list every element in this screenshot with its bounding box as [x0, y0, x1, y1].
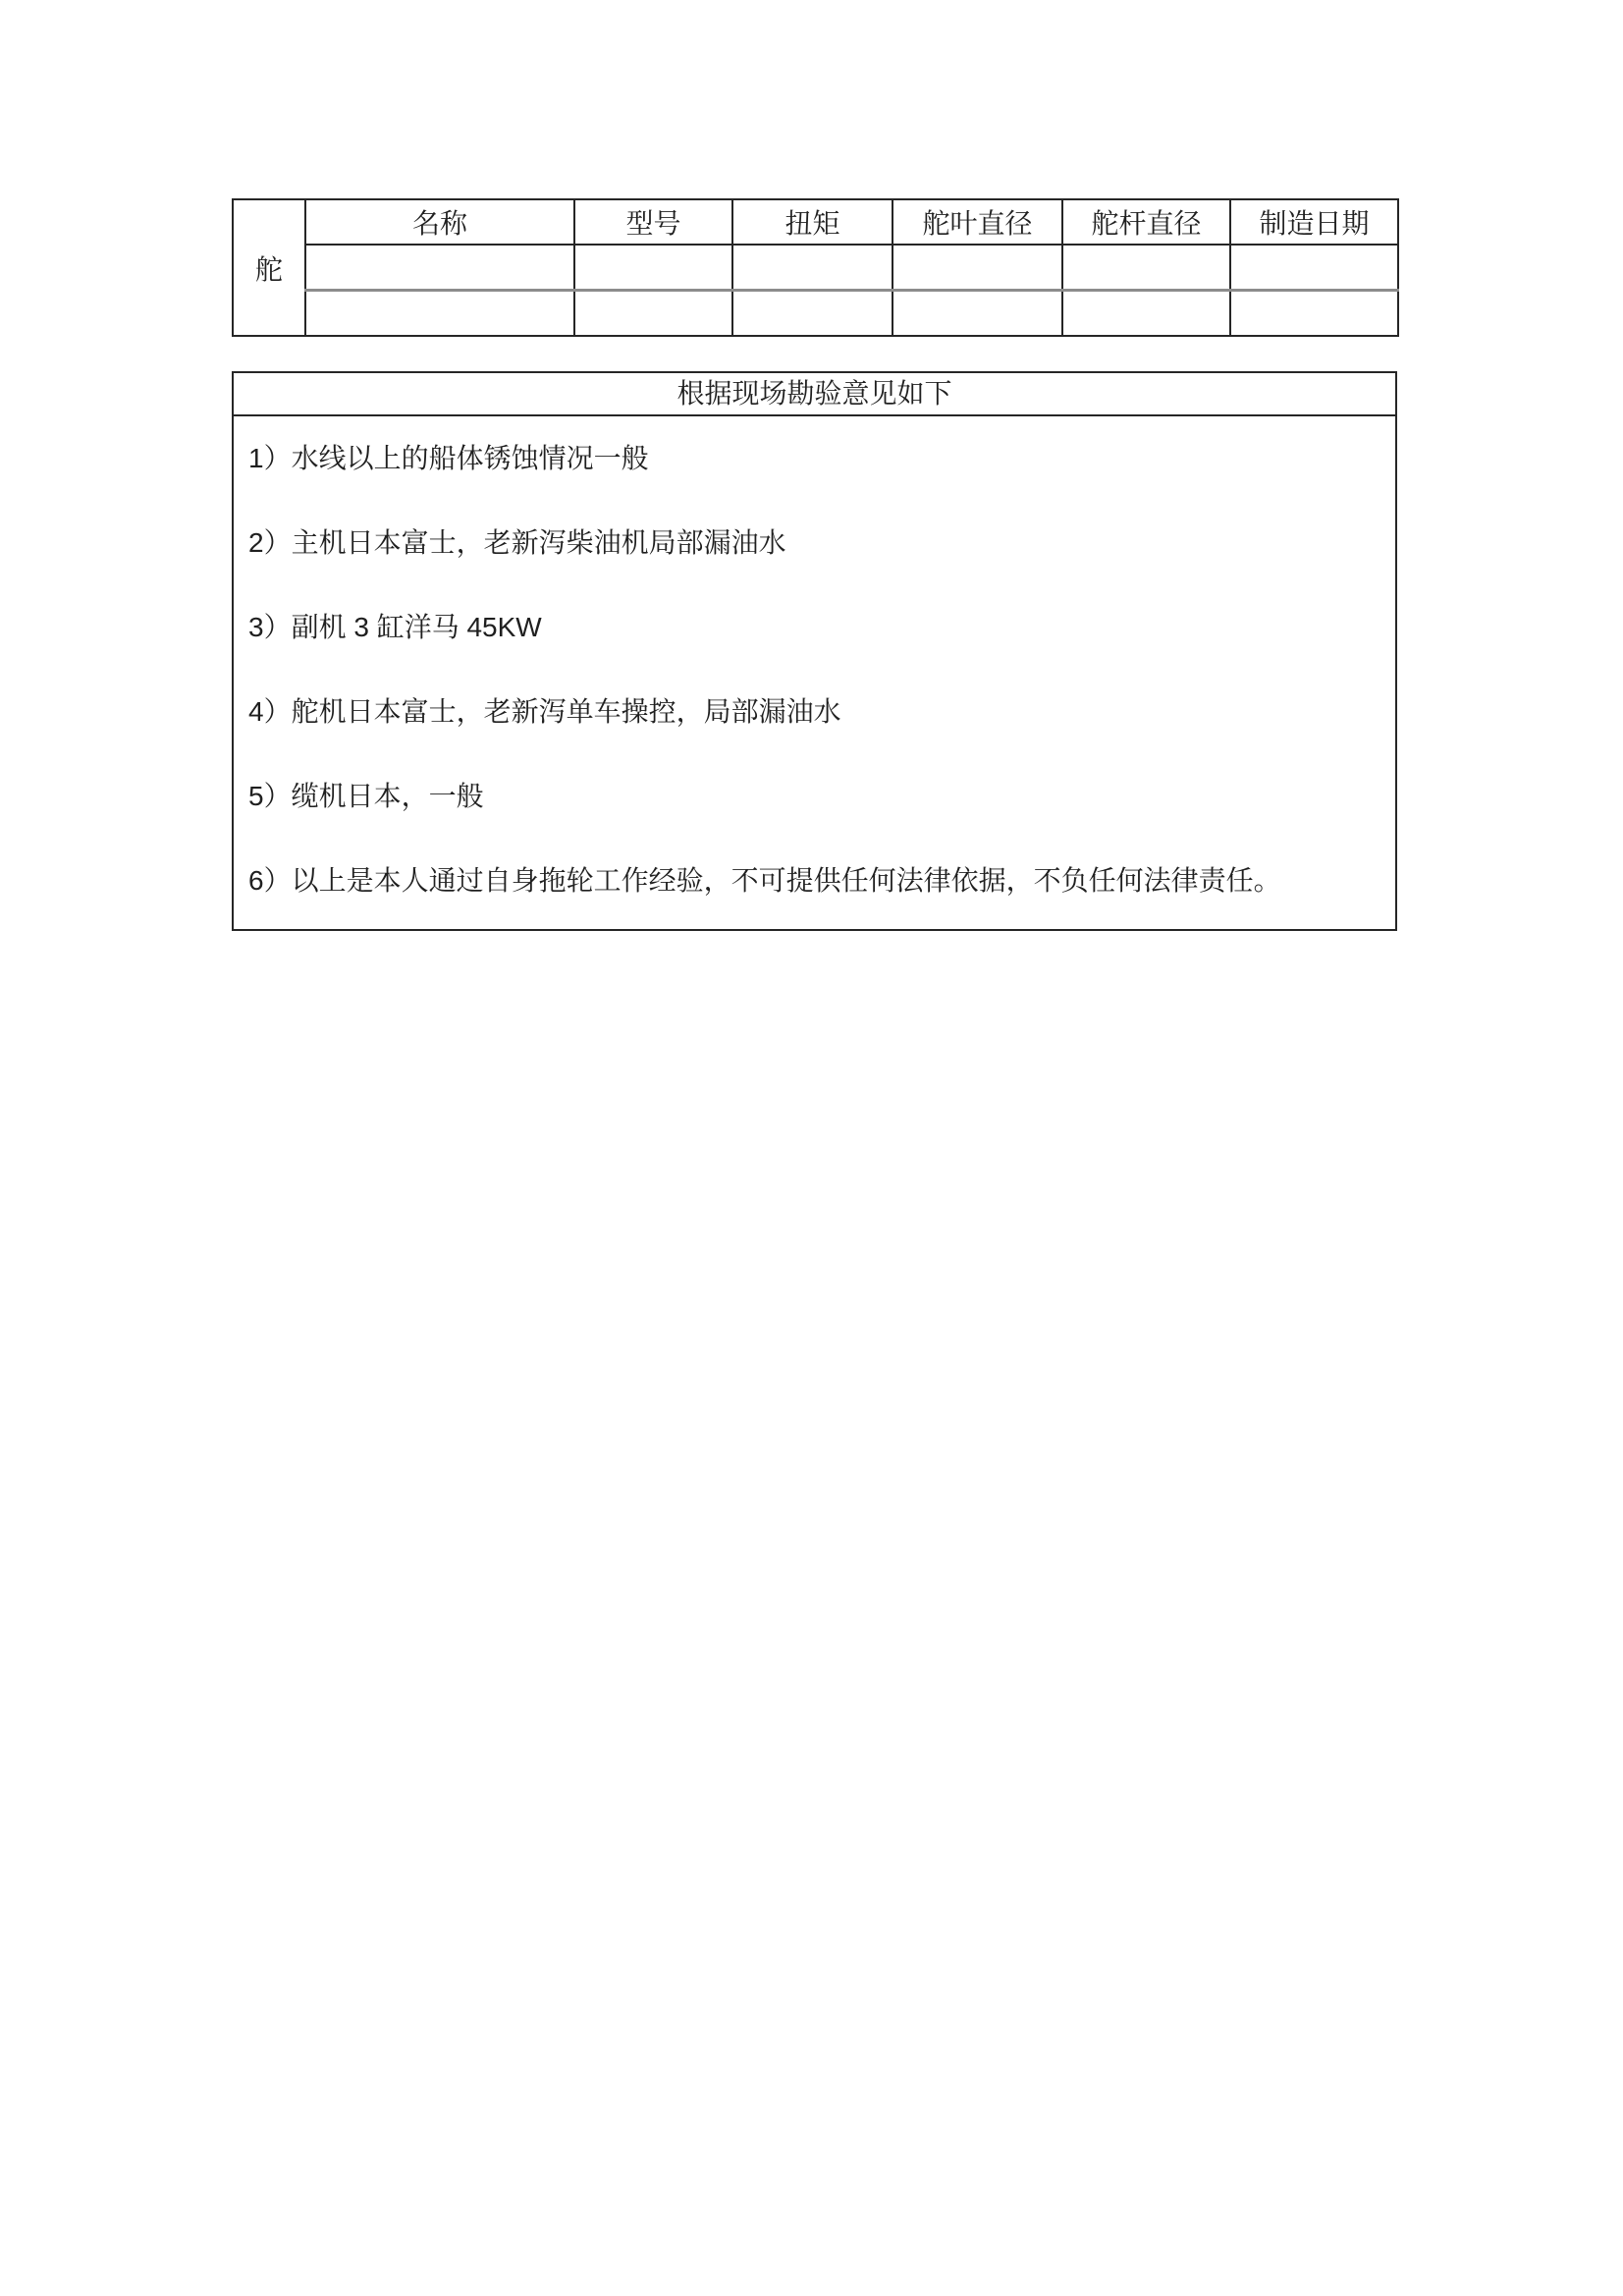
col-header-model: 型号: [574, 199, 732, 245]
survey-item-6: 6）以上是本人通过自身拖轮工作经验，不可提供任何法律依据，不负任何法律责任。: [248, 839, 1395, 923]
table-cell: [305, 245, 574, 291]
col-header-manufacture-date: 制造日期: [1230, 199, 1398, 245]
table-cell: [893, 245, 1062, 291]
col-header-blade-diameter: 舵叶直径: [893, 199, 1062, 245]
survey-item-3: 3）副机 3 缸洋马 45KW: [248, 585, 1395, 670]
survey-item-1: 1）水线以上的船体锈蚀情况一般: [248, 416, 1395, 501]
table-cell: [1062, 291, 1230, 337]
table-cell: [574, 291, 732, 337]
col-header-stock-diameter: 舵杆直径: [1062, 199, 1230, 245]
table-cell: [574, 245, 732, 291]
table-header-row: 舵 名称 型号 扭矩 舵叶直径 舵杆直径 制造日期: [233, 199, 1398, 245]
table-cell: [1230, 245, 1398, 291]
col-header-name: 名称: [305, 199, 574, 245]
rudder-spec-table: 舵 名称 型号 扭矩 舵叶直径 舵杆直径 制造日期: [232, 198, 1399, 337]
col-header-torque: 扭矩: [732, 199, 893, 245]
rudder-row-label: 舵: [233, 199, 305, 336]
table-cell: [732, 245, 893, 291]
survey-item-2: 2）主机日本富士，老新泻柴油机局部漏油水: [248, 501, 1395, 585]
survey-item-list: 1）水线以上的船体锈蚀情况一般 2）主机日本富士，老新泻柴油机局部漏油水 3）副…: [234, 416, 1395, 929]
table-cell: [305, 291, 574, 337]
table-row: [233, 291, 1398, 337]
survey-item-5: 5）缆机日本，一般: [248, 754, 1395, 839]
table-row: [233, 245, 1398, 291]
document-page: 舵 名称 型号 扭矩 舵叶直径 舵杆直径 制造日期: [0, 0, 1623, 2296]
survey-title: 根据现场勘验意见如下: [234, 373, 1395, 416]
survey-item-4: 4）舵机日本富士，老新泻单车操控，局部漏油水: [248, 670, 1395, 754]
table-cell: [893, 291, 1062, 337]
survey-opinion-box: 根据现场勘验意见如下 1）水线以上的船体锈蚀情况一般 2）主机日本富士，老新泻柴…: [232, 371, 1397, 931]
table-cell: [1062, 245, 1230, 291]
table-cell: [1230, 291, 1398, 337]
table-cell: [732, 291, 893, 337]
